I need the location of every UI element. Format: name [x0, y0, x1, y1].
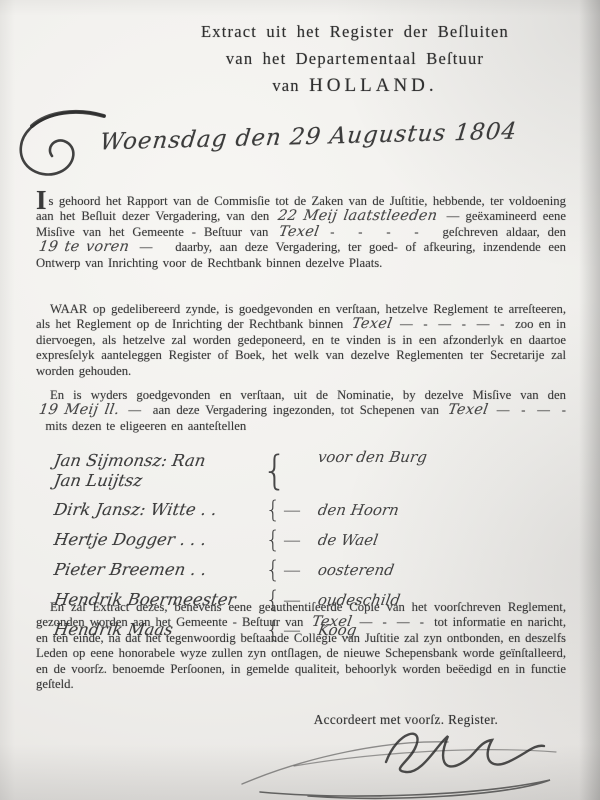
- brace-glyph: {: [262, 448, 284, 494]
- handwritten-text: 22 Meij laatstleeden: [275, 211, 442, 221]
- signature-flourish: [238, 722, 568, 800]
- dash: —: [284, 532, 318, 550]
- handwritten-text: 19 te voren: [35, 242, 133, 252]
- document-header: Extract uit het Register der Beſluiten v…: [130, 18, 580, 99]
- place-name: den Hoorn: [317, 501, 401, 519]
- document-photo: Extract uit het Register der Beſluiten v…: [0, 0, 600, 800]
- appointee-name: Hertje Dogger . . .: [52, 530, 207, 550]
- appointment-group: Pieter Breemen . . { —oosterend: [54, 556, 534, 584]
- appointment-group: Hertje Dogger . . . { —de Wael: [54, 526, 534, 554]
- brace-glyph: {: [262, 496, 284, 524]
- header-line-3: van HOLLAND.: [130, 72, 580, 99]
- handwritten-date: Woensdag den 29 Augustus 1804: [99, 118, 519, 155]
- handwritten-text: Texel: [348, 319, 396, 329]
- place-name: voor den Burg: [317, 448, 429, 466]
- printed-text: — aan deze Vergadering ingezonden, tot S…: [122, 403, 444, 417]
- appointment-group: Dirk Jansz: Witte . . { —den Hoorn: [54, 496, 534, 524]
- header-line-3-prefix: van: [272, 76, 309, 95]
- paragraph-dispatch: En zal Extract dezes, benevens eene geau…: [36, 600, 566, 692]
- header-region-title: HOLLAND.: [309, 75, 438, 96]
- header-line-2: van het Departementaal Beſtuur: [130, 45, 580, 72]
- paragraph-report: Is gehoord het Rapport van de Commisſie …: [36, 194, 566, 271]
- handwritten-text: Texel: [444, 405, 492, 415]
- printed-text: En is wyders goedgevonden en verſtaan, u…: [50, 388, 566, 402]
- appointment-group: Jan Sijmonsz: Ran Jan Luijtsz { voor den…: [54, 448, 534, 494]
- paragraph-resolution: WAAR op gedelibereerd zynde, is goedgevo…: [36, 302, 566, 379]
- printed-text: - - - - geſchreven aldaar, den: [322, 225, 566, 239]
- place-name: de Wael: [317, 531, 380, 549]
- handwritten-dateline: Woensdag den 29 Augustus 1804: [12, 102, 572, 180]
- handwritten-text: Texel: [275, 227, 323, 237]
- pen-flourish-icon: [14, 108, 106, 184]
- handwritten-text: Texel: [308, 617, 356, 627]
- brace-glyph: {: [262, 556, 284, 584]
- brace-glyph: {: [262, 526, 284, 554]
- paragraph-nomination: En is wyders goedgevonden en verſtaan, u…: [36, 388, 566, 434]
- dash: —: [284, 562, 318, 580]
- appointee-name: Dirk Jansz: Witte . .: [52, 500, 218, 520]
- header-line-1: Extract uit het Register der Beſluiten: [130, 18, 580, 45]
- appointee-name: Pieter Breemen . .: [52, 560, 207, 580]
- appointee-name: Jan Sijmonsz: Ran: [52, 451, 207, 471]
- place-name: oosterend: [317, 561, 396, 579]
- handwritten-text: 19 Meij ll.: [35, 405, 123, 415]
- dash: —: [284, 502, 318, 520]
- appointee-name: Jan Luijtsz: [52, 471, 143, 491]
